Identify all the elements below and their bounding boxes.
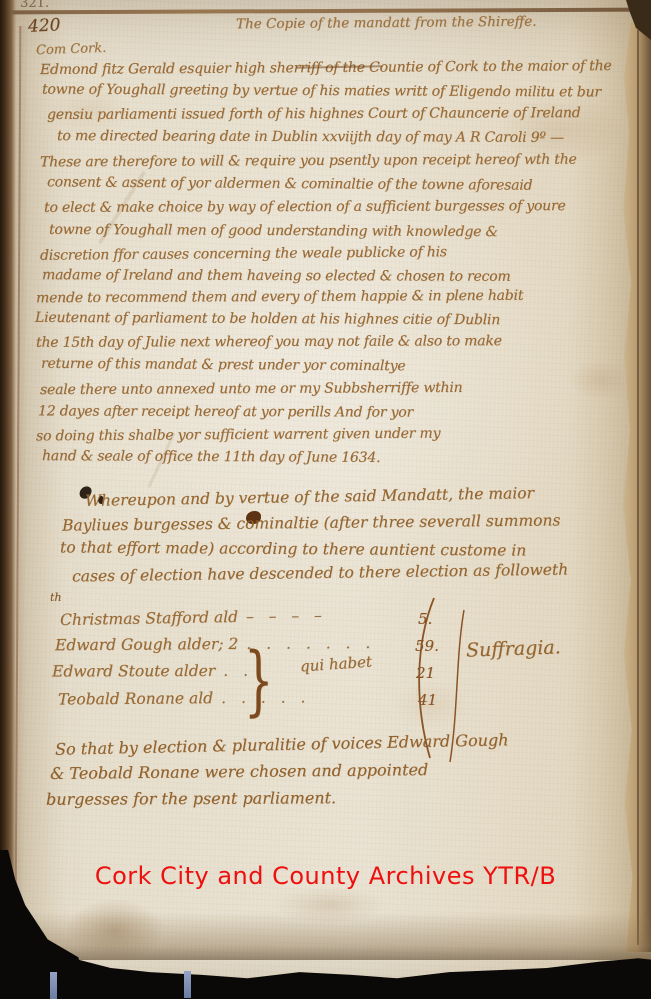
manuscript-photo: 321. 420 Com Cork. The Copie of the mand… bbox=[0, 0, 651, 999]
page-bottom-edge bbox=[0, 912, 651, 960]
cradle-support bbox=[184, 971, 191, 998]
cradle-support bbox=[50, 972, 57, 999]
archive-caption: Cork City and County Archives YTR/B bbox=[0, 862, 651, 890]
photo-vignette bbox=[0, 0, 651, 999]
binding-edge bbox=[0, 0, 16, 999]
page-right-seam bbox=[637, 30, 639, 945]
